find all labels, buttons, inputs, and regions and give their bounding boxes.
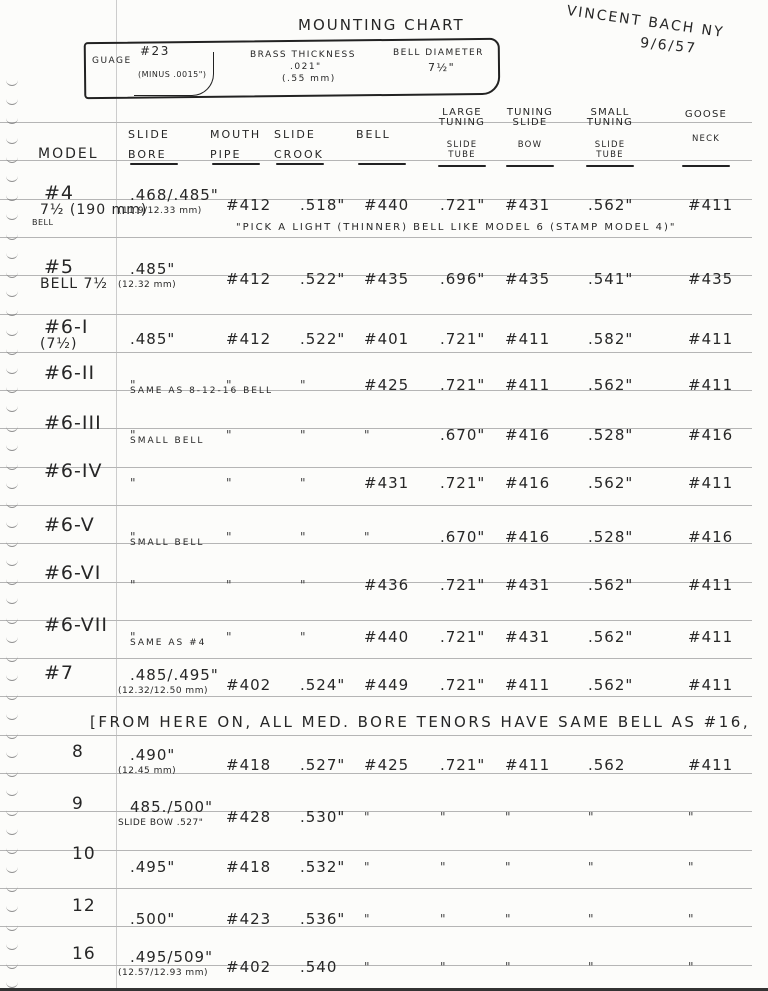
cell-goose-neck: #411 [688, 376, 733, 394]
binder-hole [6, 637, 18, 643]
column-header-tuning-slide-bow: TUNING SLIDE [500, 108, 560, 128]
row-model: #6-IV [44, 460, 102, 482]
cell-small-tuning-slide-tube: .562" [588, 376, 633, 394]
binder-hole [6, 522, 18, 528]
ruled-line [0, 352, 752, 353]
cell-small-tuning-slide-tube: .562" [588, 474, 633, 492]
cell-small-tuning-slide-tube: .562 [588, 756, 625, 774]
cell-slide-bore-metric: (12.45 mm) [118, 766, 176, 776]
binder-hole [6, 445, 18, 451]
cell-mouth-pipe: #402 [226, 958, 271, 976]
cell-slide-crook: .522" [300, 330, 345, 348]
header-underline [586, 165, 634, 167]
cell-mouth-pipe: " [226, 578, 233, 592]
date-note: 9/6/57 [639, 35, 697, 57]
cell-mouth-pipe: #428 [226, 808, 271, 826]
header-underline [212, 163, 260, 165]
cell-slide-bore: " [130, 476, 137, 490]
column-header-goose-neck-sub: NECK [676, 134, 736, 144]
binder-hole [6, 598, 18, 604]
cell-tuning-slide-bow: " [505, 810, 512, 824]
cell-mouth-pipe: #412 [226, 270, 271, 288]
row-model: #6-I [44, 316, 88, 338]
cell-bell: #435 [364, 270, 409, 288]
cell-tuning-slide-bow: " [505, 912, 512, 926]
cell-bell: " [364, 960, 371, 974]
cell-slide-bore: .495/509" [130, 948, 213, 966]
ruled-line [0, 160, 752, 161]
row-model: #6-V [44, 514, 95, 536]
cell-large-tuning-slide-tube: .721" [440, 330, 485, 348]
ruled-line [0, 735, 752, 736]
header-underline [130, 163, 178, 165]
binder-hole [6, 906, 18, 912]
binder-hole [6, 483, 18, 489]
cell-goose-neck: #416 [688, 426, 733, 444]
binder-hole [6, 349, 18, 355]
column-header-large-tuning-slide-tube-sub: SLIDE TUBE [432, 140, 492, 160]
cell-slide-crook: " [300, 630, 307, 644]
cell-small-tuning-slide-tube: .541" [588, 270, 633, 288]
gauge-label: GUAGE [92, 56, 132, 66]
cell-large-tuning-slide-tube: .721" [440, 676, 485, 694]
cell-small-tuning-slide-tube: .562" [588, 196, 633, 214]
cell-bell: " [364, 912, 371, 926]
column-header-goose-neck: GOOSE [676, 110, 736, 120]
cell-slide-bore-metric: (11.9/12.33 mm) [118, 206, 202, 216]
cell-goose-neck: #435 [688, 270, 733, 288]
cell-bell: #440 [364, 628, 409, 646]
row-model: #5 [44, 256, 74, 278]
cell-slide-crook: .540 [300, 958, 337, 976]
column-header-small-tuning-slide-tube: SMALL TUNING [580, 108, 640, 128]
cell-bell: #401 [364, 330, 409, 348]
binder-hole [6, 790, 18, 796]
row-span-note: SAME AS #4 [130, 638, 206, 648]
cell-slide-bore: .485" [130, 330, 175, 348]
binder-hole [6, 291, 18, 297]
cell-slide-bore: " [130, 578, 137, 592]
cell-slide-bore: .468/.485" [130, 186, 219, 204]
row-model: #7 [44, 662, 74, 684]
bell-diameter-label: BELL DIAMETER [393, 48, 484, 58]
ruled-line [0, 314, 752, 315]
row-model: #4 [44, 182, 74, 204]
column-header-large-tuning-slide-tube: LARGE TUNING [432, 108, 492, 128]
cell-slide-bore-metric: SLIDE BOW .527" [118, 818, 203, 828]
row-model: #6-III [44, 412, 102, 434]
binder-hole [6, 848, 18, 854]
binder-hole [6, 810, 18, 816]
binder-hole [6, 253, 18, 259]
column-header-model: MODEL [38, 146, 99, 162]
cell-mouth-pipe: " [226, 428, 233, 442]
cell-goose-neck: " [688, 912, 695, 926]
row-model-note: BELL [32, 218, 53, 227]
binder-hole [6, 464, 18, 470]
ruled-line [0, 811, 752, 812]
cell-tuning-slide-bow: #416 [505, 474, 550, 492]
ruled-line [0, 850, 752, 851]
cell-tuning-slide-bow: #431 [505, 576, 550, 594]
cell-tuning-slide-bow: #416 [505, 528, 550, 546]
brass-metric: (.55 mm) [282, 74, 336, 84]
row-model: 9 [72, 794, 84, 814]
binder-hole [6, 867, 18, 873]
binder-hole [6, 771, 18, 777]
cell-bell: " [364, 810, 371, 824]
ruled-line [0, 620, 752, 621]
column-header-mouth-pipe: MOUTH [210, 128, 261, 141]
ruled-line [0, 658, 752, 659]
row-model-sub: (7½) [40, 336, 77, 352]
cell-tuning-slide-bow: #431 [505, 196, 550, 214]
cell-slide-crook: .532" [300, 858, 345, 876]
cell-goose-neck: #411 [688, 756, 733, 774]
header-underline [276, 163, 324, 165]
page-title: MOUNTING CHART [298, 16, 465, 34]
binder-hole [6, 176, 18, 182]
header-underline [682, 165, 730, 167]
ruled-line [0, 428, 752, 429]
binder-hole [6, 694, 18, 700]
cell-slide-crook: " [300, 476, 307, 490]
section-note: [FROM HERE ON, ALL MED. BORE TENORS HAVE… [90, 713, 750, 731]
cell-goose-neck: " [688, 860, 695, 874]
cell-large-tuning-slide-tube: " [440, 912, 447, 926]
cell-bell: " [364, 860, 371, 874]
cell-slide-crook: .527" [300, 756, 345, 774]
cell-bell: #431 [364, 474, 409, 492]
cell-goose-neck: #411 [688, 628, 733, 646]
cell-tuning-slide-bow: #411 [505, 756, 550, 774]
cell-small-tuning-slide-tube: .528" [588, 528, 633, 546]
cell-mouth-pipe: #423 [226, 910, 271, 928]
cell-large-tuning-slide-tube: .696" [440, 270, 485, 288]
cell-small-tuning-slide-tube: .562" [588, 676, 633, 694]
cell-slide-bore: .485" [130, 260, 175, 278]
cell-large-tuning-slide-tube: .721" [440, 628, 485, 646]
cell-mouth-pipe: #402 [226, 676, 271, 694]
row-span-note: SMALL BELL [130, 436, 204, 446]
gauge-value: #23 [140, 44, 170, 58]
binder-hole [6, 387, 18, 393]
cell-goose-neck: #411 [688, 576, 733, 594]
row-model: 8 [72, 742, 84, 762]
cell-goose-neck: #411 [688, 474, 733, 492]
header-underline [358, 163, 406, 165]
ruled-line [0, 237, 752, 238]
cell-slide-bore: .490" [130, 746, 175, 764]
cell-tuning-slide-bow: #416 [505, 426, 550, 444]
cell-slide-crook: " [300, 530, 307, 544]
cell-mouth-pipe: " [226, 530, 233, 544]
binder-hole [6, 234, 18, 240]
cell-bell: #440 [364, 196, 409, 214]
cell-bell: " [364, 428, 371, 442]
row-model: 12 [72, 896, 96, 916]
cell-small-tuning-slide-tube: " [588, 810, 595, 824]
binder-hole [6, 579, 18, 585]
binder-hole [6, 541, 18, 547]
binder-hole [6, 118, 18, 124]
cell-large-tuning-slide-tube: .721" [440, 376, 485, 394]
cell-large-tuning-slide-tube: .670" [440, 528, 485, 546]
cell-small-tuning-slide-tube: " [588, 860, 595, 874]
cell-small-tuning-slide-tube: " [588, 912, 595, 926]
column-header-mouth-pipe-sub: PIPE [210, 148, 241, 161]
cell-slide-crook: .524" [300, 676, 345, 694]
cell-slide-crook: " [300, 428, 307, 442]
cell-goose-neck: " [688, 960, 695, 974]
cell-mouth-pipe: #412 [226, 330, 271, 348]
row-model: #6-II [44, 362, 95, 384]
cell-tuning-slide-bow: #431 [505, 628, 550, 646]
binder-hole [6, 272, 18, 278]
brass-value: .021" [290, 62, 322, 72]
column-header-bell: BELL [356, 128, 391, 141]
cell-large-tuning-slide-tube: " [440, 860, 447, 874]
row-model: #6-VII [44, 614, 108, 636]
cell-mouth-pipe: " [226, 630, 233, 644]
ruled-line [0, 696, 752, 697]
binder-hole [6, 944, 18, 950]
ruled-line [0, 965, 752, 966]
column-header-small-tuning-slide-tube-sub: SLIDE TUBE [580, 140, 640, 160]
cell-small-tuning-slide-tube: " [588, 960, 595, 974]
row-model: 10 [72, 844, 96, 864]
row-model-sub: BELL 7½ [40, 276, 108, 292]
cell-large-tuning-slide-tube: " [440, 960, 447, 974]
binder-hole [6, 99, 18, 105]
cell-slide-crook: " [300, 378, 307, 392]
cell-slide-crook: .536" [300, 910, 345, 928]
cell-bell: #425 [364, 756, 409, 774]
cell-goose-neck: #411 [688, 196, 733, 214]
cell-tuning-slide-bow: #411 [505, 376, 550, 394]
column-header-slide-crook-sub: CROOK [274, 148, 324, 161]
cell-mouth-pipe: #412 [226, 196, 271, 214]
brass-label: BRASS THICKNESS [250, 50, 356, 60]
binder-hole [6, 195, 18, 201]
header-underline [506, 165, 554, 167]
cell-bell: " [364, 530, 371, 544]
column-header-slide-bore-sub: BORE [128, 148, 167, 161]
ruled-line [0, 543, 752, 544]
cell-tuning-slide-bow: " [505, 860, 512, 874]
cell-tuning-slide-bow: " [505, 960, 512, 974]
binder-hole [6, 406, 18, 412]
binder-hole [6, 138, 18, 144]
binder-hole [6, 714, 18, 720]
binder-hole [6, 829, 18, 835]
row-model: 16 [72, 944, 96, 964]
cell-bell: #425 [364, 376, 409, 394]
binder-hole [6, 886, 18, 892]
ruled-line [0, 926, 752, 927]
cell-slide-bore: .495" [130, 858, 175, 876]
binder-hole [6, 733, 18, 739]
notebook-page: MOUNTING CHART VINCENT BACH NY 9/6/57 GU… [0, 0, 768, 991]
column-header-slide-bore: SLIDE [128, 128, 170, 141]
column-header-slide-crook: SLIDE [274, 128, 316, 141]
binder-hole [6, 752, 18, 758]
cell-small-tuning-slide-tube: .562" [588, 576, 633, 594]
cell-large-tuning-slide-tube: .721" [440, 576, 485, 594]
cell-tuning-slide-bow: #411 [505, 676, 550, 694]
cell-bell: #436 [364, 576, 409, 594]
margin-line [116, 0, 117, 991]
cell-small-tuning-slide-tube: .562" [588, 628, 633, 646]
cell-mouth-pipe: #418 [226, 858, 271, 876]
cell-goose-neck: #411 [688, 676, 733, 694]
cell-bell: #449 [364, 676, 409, 694]
cell-goose-neck: #416 [688, 528, 733, 546]
ruled-line [0, 505, 752, 506]
ruled-line [0, 888, 752, 889]
cell-tuning-slide-bow: #435 [505, 270, 550, 288]
cell-large-tuning-slide-tube: .721" [440, 196, 485, 214]
cell-slide-crook: .518" [300, 196, 345, 214]
cell-mouth-pipe: " [226, 476, 233, 490]
row-model: #6-VI [44, 562, 101, 584]
cell-mouth-pipe: #418 [226, 756, 271, 774]
cell-small-tuning-slide-tube: .582" [588, 330, 633, 348]
binder-hole [6, 80, 18, 86]
gauge-note: (MINUS .0015") [138, 70, 207, 79]
cell-slide-crook: .530" [300, 808, 345, 826]
cell-slide-bore-metric: (12.32/12.50 mm) [118, 686, 208, 696]
cell-large-tuning-slide-tube: .670" [440, 426, 485, 444]
binder-hole [6, 426, 18, 432]
binder-hole [6, 214, 18, 220]
row-note: "PICK A LIGHT (THINNER) BELL LIKE MODEL … [236, 222, 676, 233]
binder-hole [6, 502, 18, 508]
binder-hole [6, 368, 18, 374]
cell-large-tuning-slide-tube: .721" [440, 756, 485, 774]
cell-goose-neck: " [688, 810, 695, 824]
cell-slide-bore: .485/.495" [130, 666, 219, 684]
binder-hole [6, 157, 18, 163]
ruled-line [0, 467, 752, 468]
cell-large-tuning-slide-tube: .721" [440, 474, 485, 492]
binder-hole [6, 963, 18, 969]
binder-hole [6, 925, 18, 931]
cell-large-tuning-slide-tube: " [440, 810, 447, 824]
cell-slide-crook: .522" [300, 270, 345, 288]
header-underline [438, 165, 486, 167]
cell-slide-bore-metric: (12.57/12.93 mm) [118, 968, 208, 978]
binder-hole [6, 330, 18, 336]
cell-tuning-slide-bow: #411 [505, 330, 550, 348]
cell-slide-bore-metric: (12.32 mm) [118, 280, 176, 290]
row-span-note: SAME AS 8-12-16 BELL [130, 386, 273, 396]
binder-hole [6, 656, 18, 662]
cell-slide-bore: .500" [130, 910, 175, 928]
binder-hole [6, 618, 18, 624]
cell-slide-crook: " [300, 578, 307, 592]
binder-hole [6, 560, 18, 566]
cell-small-tuning-slide-tube: .528" [588, 426, 633, 444]
row-span-note: SMALL BELL [130, 538, 204, 548]
bell-diameter-value: 7½" [428, 61, 455, 74]
cell-slide-bore: 485./500" [130, 798, 213, 816]
binder-hole [6, 675, 18, 681]
column-header-tuning-slide-bow-sub: BOW [500, 140, 560, 150]
binder-hole [6, 310, 18, 316]
cell-goose-neck: #411 [688, 330, 733, 348]
